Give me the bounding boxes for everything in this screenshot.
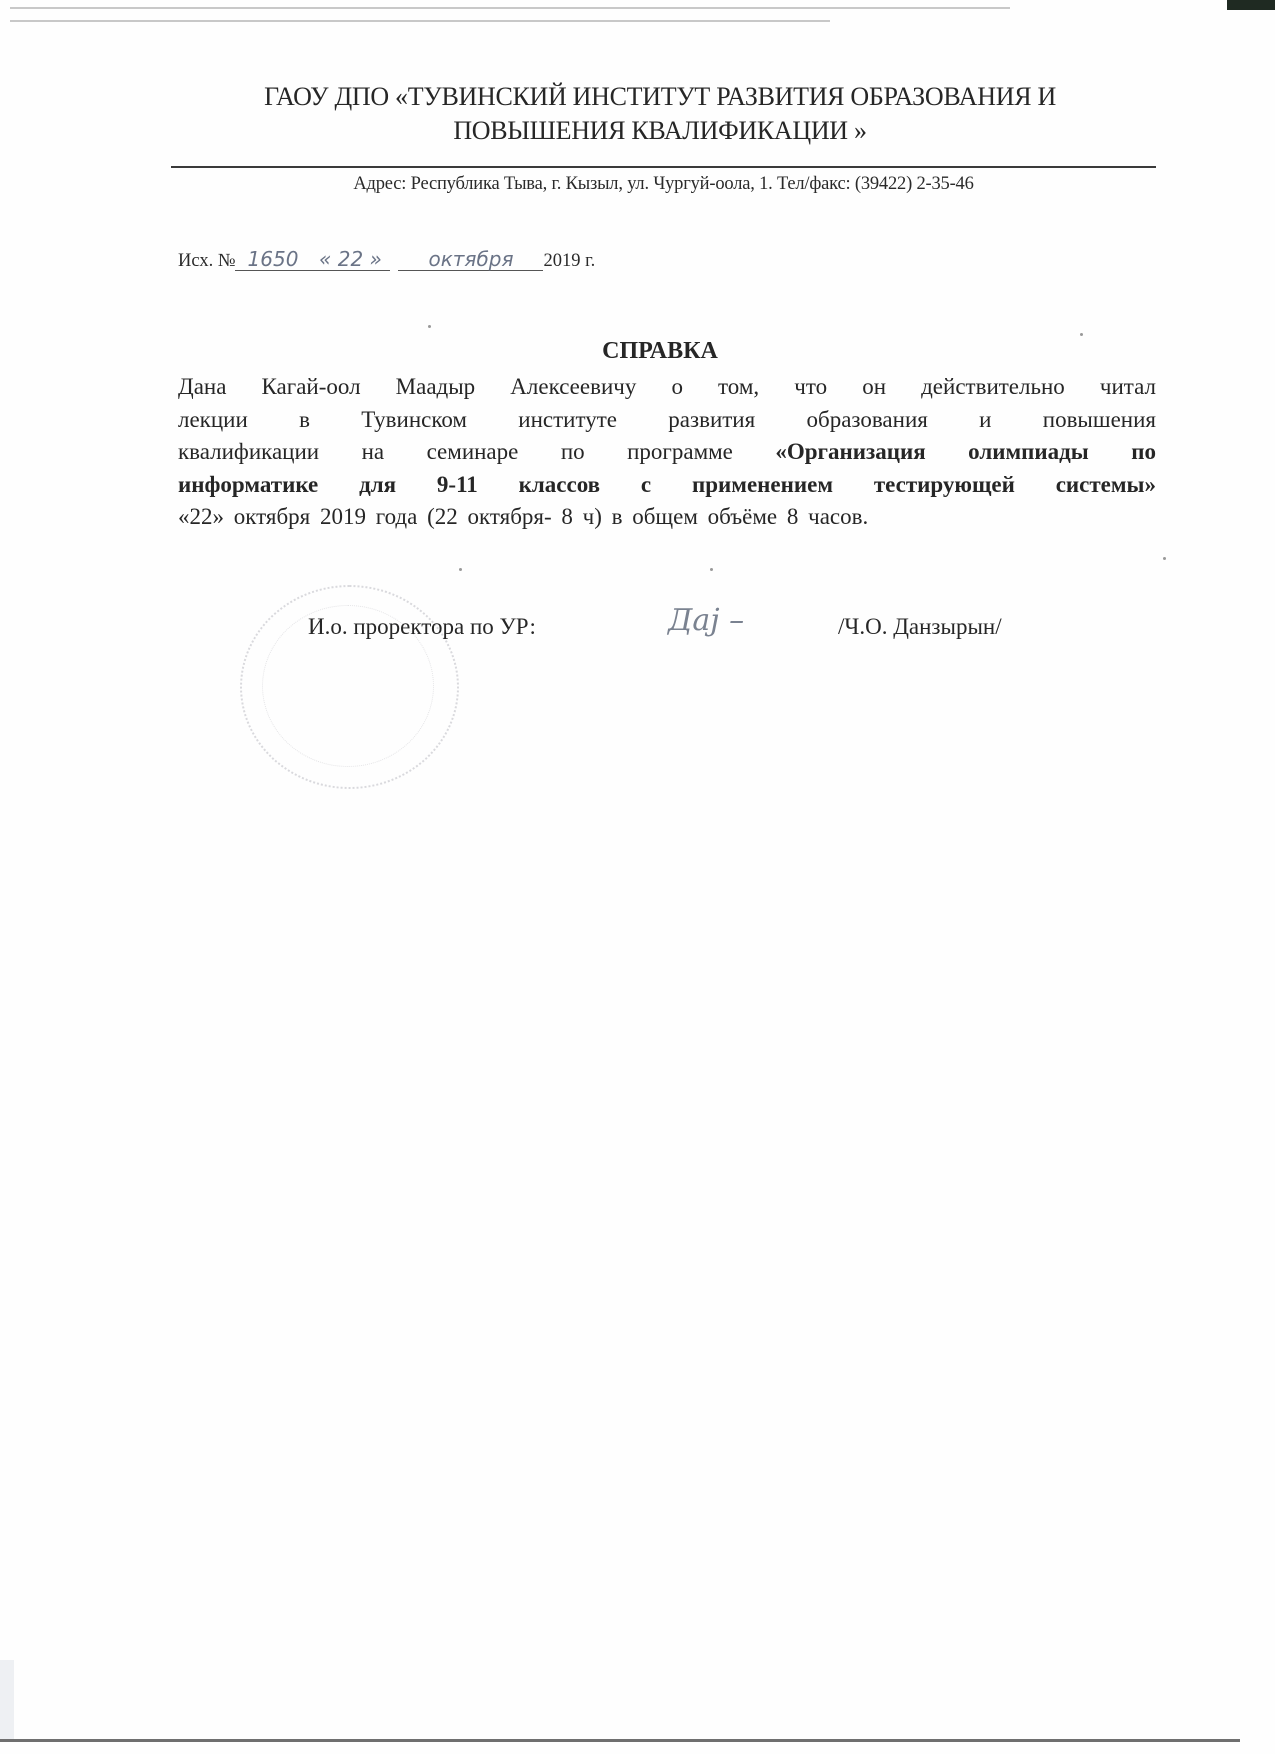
body-line-2: лекции в Тувинском институте развития об…: [178, 404, 1156, 437]
scan-artifact-edge: [0, 1660, 14, 1740]
signatory-role: И.о. проректора по УР:: [308, 612, 536, 642]
handwritten-month: октября: [398, 248, 543, 271]
body-line-4: информатике для 9-11 классов с применени…: [178, 469, 1156, 502]
handwritten-number: 1650: [235, 248, 310, 271]
outgoing-year: 2019 г.: [543, 251, 595, 271]
program-title-part-2: информатике для 9-11 классов с применени…: [178, 472, 1156, 497]
scan-artifact-line: [10, 20, 830, 22]
body-line-2-text: лекции в Тувинском институте развития об…: [178, 407, 1156, 432]
header-divider: [171, 166, 1156, 168]
organization-line-1: ГАОУ ДПО «ТУВИНСКИЙ ИНСТИТУТ РАЗВИТИЯ ОБ…: [160, 80, 1160, 114]
scan-speck: [1080, 333, 1083, 336]
organization-header: ГАОУ ДПО «ТУВИНСКИЙ ИНСТИТУТ РАЗВИТИЯ ОБ…: [160, 80, 1160, 148]
scan-artifact-line: [10, 7, 1010, 9]
scan-artifact-corner: [1227, 0, 1275, 10]
body-line-1: Дана Кагай-оол Маадыр Алексеевичу о том,…: [178, 371, 1156, 404]
handwritten-signature: Даj –: [668, 606, 744, 636]
outgoing-number-line: Исх. №1650« 22 »октября2019 г.: [178, 248, 595, 274]
body-line-1-text: Дана Кагай-оол Маадыр Алексеевичу о том,…: [178, 374, 1156, 399]
body-line-3-text: квалификации на семинаре по программе: [178, 439, 775, 464]
organization-address: Адрес: Республика Тыва, г. Кызыл, ул. Чу…: [171, 172, 1156, 196]
body-line-5-text: «22» октября 2019 года (22 октября- 8 ч)…: [178, 504, 868, 529]
document-page: ГАОУ ДПО «ТУВИНСКИЙ ИНСТИТУТ РАЗВИТИЯ ОБ…: [0, 0, 1275, 1754]
scan-speck: [428, 325, 431, 328]
signatory-name: /Ч.О. Данзырын/: [838, 612, 1002, 642]
body-line-5: «22» октября 2019 года (22 октября- 8 ч)…: [178, 501, 1156, 534]
handwritten-day: « 22 »: [310, 248, 390, 271]
body-line-3: квалификации на семинаре по программе «О…: [178, 436, 1156, 469]
document-title: СПРАВКА: [160, 336, 1160, 366]
organization-line-2: ПОВЫШЕНИЯ КВАЛИФИКАЦИИ »: [160, 114, 1160, 148]
document-body: Дана Кагай-оол Маадыр Алексеевичу о том,…: [178, 371, 1156, 534]
outgoing-prefix: Исх. №: [178, 251, 235, 271]
signature-block: И.о. проректора по УР: Даj – /Ч.О. Данзы…: [308, 612, 1068, 652]
scan-speck: [1163, 557, 1166, 560]
scan-speck: [710, 568, 713, 571]
program-title-part-1: «Организация олимпиады по: [775, 439, 1156, 464]
scan-speck: [459, 568, 462, 571]
scan-artifact-bottom-line: [0, 1739, 1240, 1742]
